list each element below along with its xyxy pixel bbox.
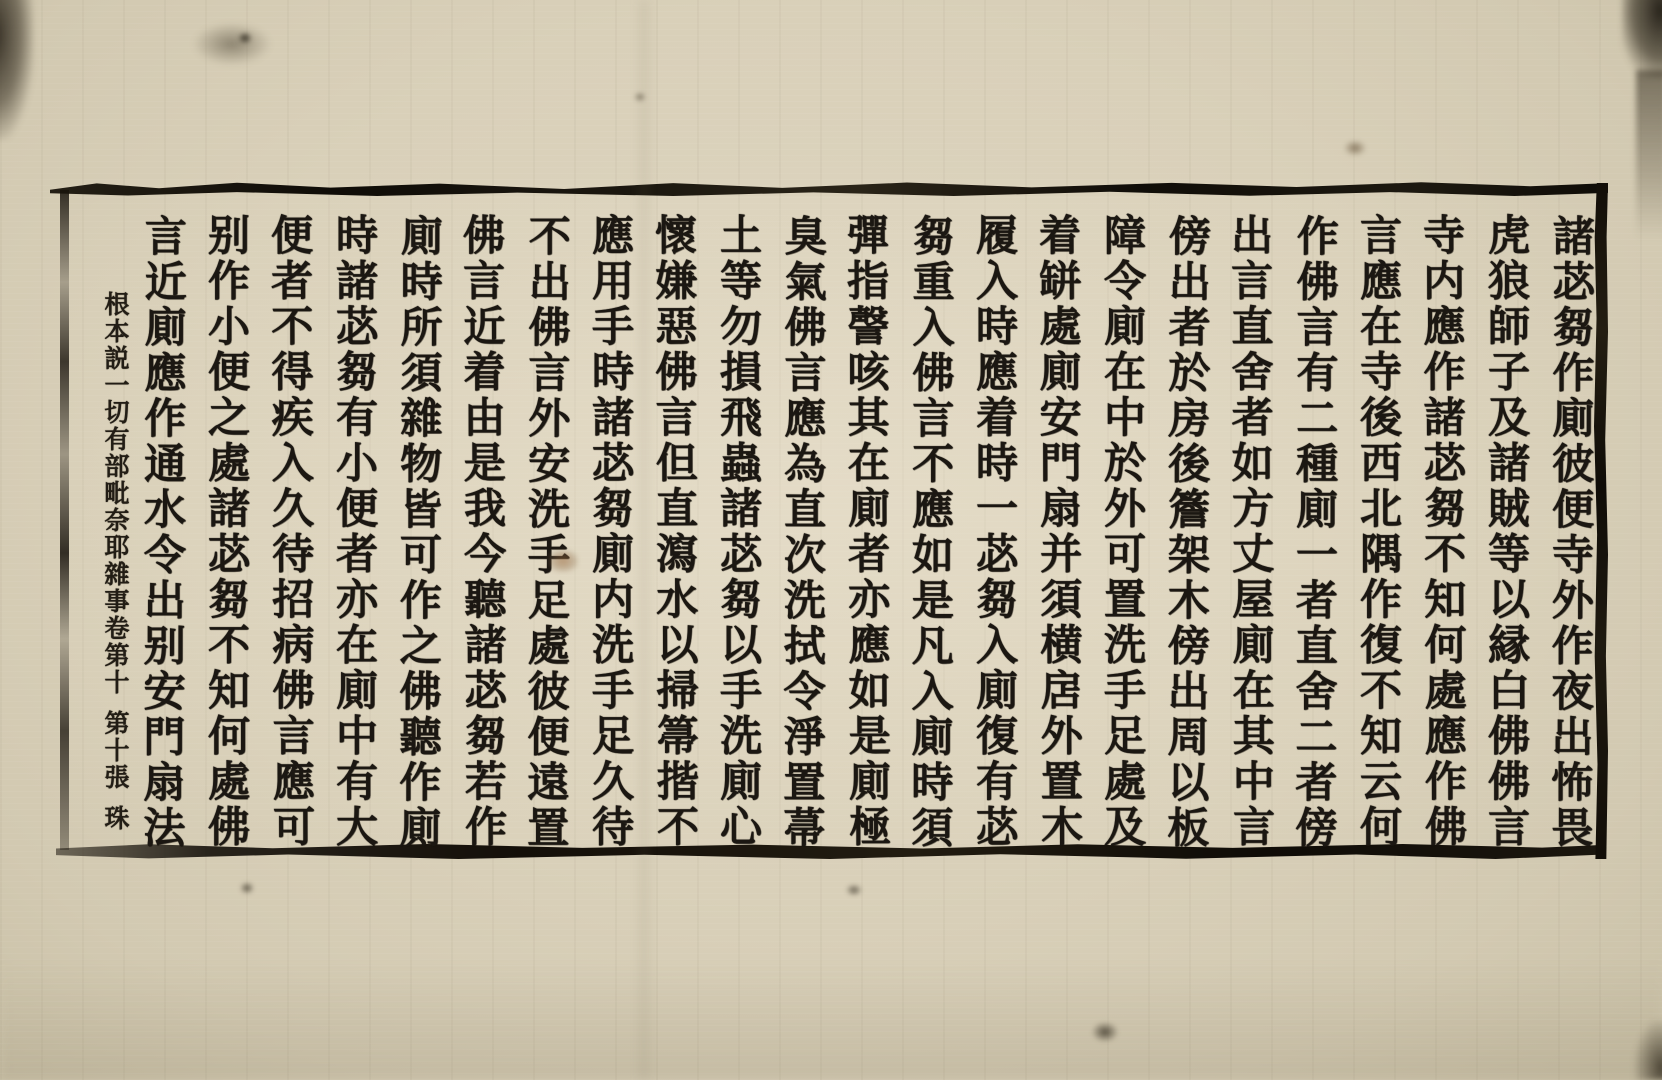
case-mark: 珠 <box>101 805 130 832</box>
text-column: 時諸苾芻有小便者亦在廁中有大 <box>330 213 378 855</box>
scroll-title: 根本説一切有部毗奈耶雜事卷第十 <box>101 291 130 696</box>
colophon-column: 根本説一切有部毗奈耶雜事卷第十第十張珠 <box>102 291 129 851</box>
text-column: 障令廁在中於外可置洗手足處及 <box>1098 213 1146 855</box>
frame-border-right <box>1594 183 1608 859</box>
text-column: 别作小便之處諸苾芻不知何處佛 <box>202 213 250 855</box>
sutra-sheet: 諸苾芻作廁彼便寺外作夜出怖畏 虎狼師子及諸賊等以縁白佛佛言 寺内應作諸苾芻不知何… <box>0 0 1662 1080</box>
text-column: 寺内應作諸苾芻不知何處應作佛 <box>1417 213 1467 855</box>
text-column: 言應在寺後西北隅作復不知云何 <box>1354 213 1402 855</box>
frame-border-left <box>60 190 69 850</box>
smudge-top-right-corner <box>1622 0 1662 78</box>
smudge-top-left-corner <box>0 0 34 140</box>
mark-bottom-area <box>1092 1022 1118 1042</box>
text-column: 履入時應着時一苾芻入廁復有苾 <box>970 213 1018 855</box>
text-column: 虎狼師子及諸賊等以縁白佛佛言 <box>1482 213 1530 855</box>
speck-upper-middle <box>634 92 646 102</box>
smudge-right-edge <box>1636 70 1662 240</box>
text-block: 諸苾芻作廁彼便寺外作夜出怖畏 虎狼師子及諸賊等以縁白佛佛言 寺内應作諸苾芻不知何… <box>138 213 1594 855</box>
text-column: 臭氣佛言應為直次洗拭令淨置菷 <box>777 214 827 856</box>
text-column: 作佛言有二種廁一者直舍二者傍 <box>1289 214 1339 856</box>
text-column: 出言直舍者如方丈屋廁在其中言 <box>1225 213 1275 855</box>
text-column: 芻重入佛言不應如是凡入廁時須 <box>905 214 955 856</box>
sheet-number: 第十張 <box>101 710 130 791</box>
shading-bottom-paper <box>0 960 1662 1080</box>
smudge-top-edge <box>192 22 272 66</box>
speck-below-frame-left <box>240 882 254 894</box>
text-column: 言近廁應作通水令出别安門扇法 <box>137 214 187 856</box>
frame-border-top <box>50 182 1608 196</box>
text-column: 傍出者於房後簷架木傍出周以板 <box>1161 214 1211 856</box>
text-column: 土等勿損飛蟲諸苾芻以手洗廁心 <box>714 213 762 855</box>
text-column: 不出佛言外安洗手足處彼便遠置 <box>521 214 571 856</box>
text-column: 彈指謦咳其在廁者亦應如是廁極 <box>841 213 891 855</box>
text-column: 廁時所須雜物皆可作之佛聽作廁 <box>393 214 443 856</box>
text-column: 佛言近着由是我今聽諸苾芻若作 <box>457 213 507 855</box>
text-column: 懷嫌惡佛言但直瀉水以掃箒揩不 <box>649 213 699 855</box>
text-column: 着缾處廁安門扇并須横扂外置木 <box>1033 213 1083 855</box>
text-column: 諸苾芻作廁彼便寺外作夜出怖畏 <box>1545 214 1595 856</box>
text-column: 便者不得疾入久待招病佛言應可 <box>265 213 315 855</box>
speck-top-edge <box>238 32 252 44</box>
smudge-bottom-right-corner <box>1634 1020 1662 1080</box>
text-column: 應用手時諸苾芻廁内洗手足久待 <box>586 213 634 855</box>
spot-upper-area <box>1344 140 1366 156</box>
speck-below-frame-middle <box>846 884 862 896</box>
